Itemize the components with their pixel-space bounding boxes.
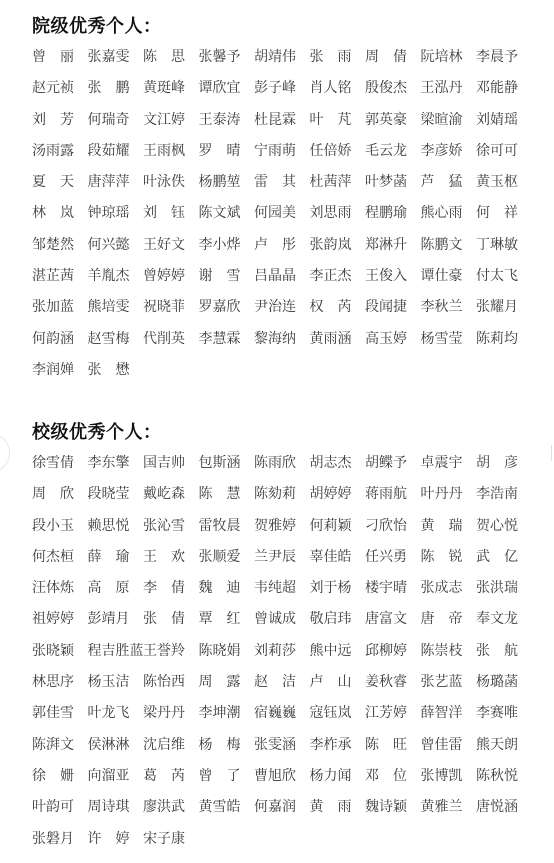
person-name: 任兴勇	[365, 542, 421, 573]
person-name: 熊中远	[310, 636, 366, 667]
person-name: 李小烨	[199, 230, 255, 261]
person-name: 王俊入	[365, 261, 421, 292]
person-name: 张倩	[143, 604, 199, 635]
person-name: 武亿	[476, 542, 532, 573]
person-name: 杨梅	[199, 730, 255, 761]
person-name: 刘于杨	[310, 573, 366, 604]
person-name: 彭靖月	[88, 604, 144, 635]
person-name: 周诗琪	[88, 792, 144, 823]
person-name: 楼宇晴	[365, 573, 421, 604]
person-name: 卓震宇	[421, 448, 477, 479]
person-name: 黄珽峰	[143, 73, 199, 104]
person-name: 林思序	[32, 667, 88, 698]
person-name: 熊天朗	[476, 730, 532, 761]
person-name: 张晓颖	[32, 636, 88, 667]
person-name: 李慧霖	[199, 324, 255, 355]
person-name: 陈雨欣	[254, 448, 310, 479]
person-name: 徐雪倩	[32, 448, 88, 479]
person-name: 黄雨涵	[310, 324, 366, 355]
person-name: 寇钰岚	[310, 698, 366, 729]
person-name: 宁雨萌	[254, 136, 310, 167]
person-name: 王泰涛	[199, 105, 255, 136]
person-name: 刘莉莎	[254, 636, 310, 667]
person-name: 羊胤杰	[88, 261, 144, 292]
person-name: 张沁雪	[143, 511, 199, 542]
person-name: 芦猛	[421, 167, 477, 198]
person-name: 王泓丹	[421, 73, 477, 104]
person-name: 陈秋悦	[476, 761, 532, 792]
person-name: 刁欣怡	[365, 511, 421, 542]
person-name: 曾了	[199, 761, 255, 792]
person-name: 殷俊杰	[365, 73, 421, 104]
person-name: 文江婷	[143, 105, 199, 136]
person-name: 胡靖伟	[254, 42, 310, 73]
person-name: 任倍娇	[310, 136, 366, 167]
person-name: 贺心悦	[476, 511, 532, 542]
person-name: 钟琼瑶	[88, 198, 144, 229]
person-name: 陈怡西	[143, 667, 199, 698]
section-school-level: 校级优秀个人： 徐雪倩李东擎国吉帅包斯涵陈雨欣胡志杰胡鲽予卓震宇胡彦周欣段晓莹戴…	[32, 420, 532, 855]
person-name: 黄雨	[310, 792, 366, 823]
person-name: 陈锐	[421, 542, 477, 573]
person-name: 曾佳雷	[421, 730, 477, 761]
person-name: 张雯涵	[254, 730, 310, 761]
divider	[551, 445, 552, 461]
person-name: 程鹏瑜	[365, 198, 421, 229]
person-name: 黎海纳	[254, 324, 310, 355]
person-name: 杨雪莹	[421, 324, 477, 355]
person-name: 梁丹丹	[143, 698, 199, 729]
person-name: 叶芃	[310, 105, 366, 136]
person-name: 叶泳佚	[143, 167, 199, 198]
person-name: 李东擎	[88, 448, 144, 479]
person-name: 向溜亚	[88, 761, 144, 792]
person-name: 敬启玮	[310, 604, 366, 635]
person-name: 段晓莹	[88, 479, 144, 510]
person-name: 尹治连	[254, 292, 310, 323]
person-name: 雷牧晨	[199, 511, 255, 542]
person-name: 杜茜萍	[310, 167, 366, 198]
person-name: 毛云龙	[365, 136, 421, 167]
person-name: 权芮	[310, 292, 366, 323]
person-name: 谢雪	[199, 261, 255, 292]
person-name: 李柞承	[310, 730, 366, 761]
person-name: 周欣	[32, 479, 88, 510]
person-name: 杨鹏堃	[199, 167, 255, 198]
person-name: 黄雪皓	[199, 792, 255, 823]
person-name: 薛瑜	[88, 542, 144, 573]
person-name: 李浩南	[476, 479, 532, 510]
person-name: 李正杰	[310, 261, 366, 292]
person-name: 沈启维	[143, 730, 199, 761]
person-name: 兰尹辰	[254, 542, 310, 573]
person-name: 李润婵	[32, 355, 88, 386]
person-name: 郭佳雪	[32, 698, 88, 729]
person-name: 陈旺	[365, 730, 421, 761]
person-name: 张艺蓝	[421, 667, 477, 698]
person-name: 代削英	[143, 324, 199, 355]
person-name: 何嘉润	[254, 792, 310, 823]
person-name: 廖洪武	[143, 792, 199, 823]
person-name: 杨玉洁	[88, 667, 144, 698]
person-name: 祖婷婷	[32, 604, 88, 635]
person-name: 曾诚成	[254, 604, 310, 635]
person-name: 李秋兰	[421, 292, 477, 323]
person-name: 汪体炼	[32, 573, 88, 604]
person-name: 张成志	[421, 573, 477, 604]
name-list: 曾丽张嘉雯陈思张馨予胡靖伟张雨周倩阮培林李晨予赵元祯张鹏黄珽峰谭欣宜彭子峰肖人铭…	[32, 42, 532, 386]
person-name: 高原	[88, 573, 144, 604]
person-name: 叶丹丹	[421, 479, 477, 510]
person-name: 王雨枫	[143, 136, 199, 167]
person-name: 付太飞	[476, 261, 532, 292]
person-name: 肖人铭	[310, 73, 366, 104]
person-name: 黄雅兰	[421, 792, 477, 823]
person-name: 夏天	[32, 167, 88, 198]
person-name: 姜秋睿	[365, 667, 421, 698]
person-name: 熊心雨	[421, 198, 477, 229]
person-name: 黄瑞	[421, 511, 477, 542]
person-name: 郭英豪	[365, 105, 421, 136]
person-name: 徐姗	[32, 761, 88, 792]
person-name: 曾婷婷	[143, 261, 199, 292]
person-name: 高玉婷	[365, 324, 421, 355]
person-name: 许婷	[88, 824, 144, 855]
person-name: 李晨予	[476, 42, 532, 73]
section-title: 校级优秀个人：	[32, 420, 532, 446]
person-name: 张韵岚	[310, 230, 366, 261]
person-name: 雷其	[254, 167, 310, 198]
person-name: 韦纯超	[254, 573, 310, 604]
person-name: 赵雪梅	[88, 324, 144, 355]
person-name: 国吉帅	[143, 448, 199, 479]
person-name: 辜佳皓	[310, 542, 366, 573]
person-name: 何杰桓	[32, 542, 88, 573]
person-name: 李赛唯	[476, 698, 532, 729]
person-name: 熊培雯	[88, 292, 144, 323]
person-name: 罗嘉欣	[199, 292, 255, 323]
person-name: 张航	[476, 636, 532, 667]
person-name: 邓能静	[476, 73, 532, 104]
person-name: 胡鲽予	[365, 448, 421, 479]
person-name: 谭欣宜	[199, 73, 255, 104]
person-name: 张加蓝	[32, 292, 88, 323]
person-name: 刘思雨	[310, 198, 366, 229]
person-name: 李倩	[143, 573, 199, 604]
person-name: 邹楚然	[32, 230, 88, 261]
person-name: 陈鹏文	[421, 230, 477, 261]
person-name: 宿巍巍	[254, 698, 310, 729]
person-name: 陈思	[143, 42, 199, 73]
person-name: 张懋	[88, 355, 144, 386]
person-name: 丁琳敏	[476, 230, 532, 261]
person-name: 包斯涵	[199, 448, 255, 479]
person-name: 葛芮	[143, 761, 199, 792]
person-name: 段茹耀	[88, 136, 144, 167]
person-name: 周倩	[365, 42, 421, 73]
person-name: 唐萍萍	[88, 167, 144, 198]
person-name: 李坤潮	[199, 698, 255, 729]
person-name: 汤雨露	[32, 136, 88, 167]
person-name: 江芳婷	[365, 698, 421, 729]
person-name: 唐帝	[421, 604, 477, 635]
person-name: 张磐月	[32, 824, 88, 855]
section-title: 院级优秀个人：	[32, 14, 532, 40]
person-name: 黄玉枢	[476, 167, 532, 198]
person-name: 叶龙飞	[88, 698, 144, 729]
person-name: 胡志杰	[310, 448, 366, 479]
person-name: 阮培林	[421, 42, 477, 73]
person-name: 魏诗颖	[365, 792, 421, 823]
person-name: 陈慧	[199, 479, 255, 510]
person-name: 赵洁	[254, 667, 310, 698]
person-name: 杨力闻	[310, 761, 366, 792]
person-name: 奉文龙	[476, 604, 532, 635]
person-name: 何兴懿	[88, 230, 144, 261]
person-name: 张耀月	[476, 292, 532, 323]
person-name: 湛芷茜	[32, 261, 88, 292]
person-name: 张顺爱	[199, 542, 255, 573]
person-name: 陈晓娟	[199, 636, 255, 667]
person-name: 戴屹森	[143, 479, 199, 510]
person-name: 薛智洋	[421, 698, 477, 729]
person-name: 陈崇枝	[421, 636, 477, 667]
person-name: 陈莉均	[476, 324, 532, 355]
person-name: 何园美	[254, 198, 310, 229]
person-name: 陈湃文	[32, 730, 88, 761]
person-name: 何祥	[476, 198, 532, 229]
person-name: 宋子康	[143, 824, 199, 855]
person-name: 祝晓菲	[143, 292, 199, 323]
person-name: 胡彦	[476, 448, 532, 479]
person-name: 王誉羚	[143, 636, 199, 667]
person-name: 张博凯	[421, 761, 477, 792]
person-name: 徐可可	[476, 136, 532, 167]
person-name: 周露	[199, 667, 255, 698]
person-name: 卢彤	[254, 230, 310, 261]
person-name: 王好文	[143, 230, 199, 261]
person-name: 唐富文	[365, 604, 421, 635]
person-name: 谭仕豪	[421, 261, 477, 292]
person-name: 邓位	[365, 761, 421, 792]
person-name: 赵元祯	[32, 73, 88, 104]
person-name: 曾丽	[32, 42, 88, 73]
person-name: 叶梦菡	[365, 167, 421, 198]
person-name: 叶韵可	[32, 792, 88, 823]
person-name: 张嘉雯	[88, 42, 144, 73]
person-name: 赖思悦	[88, 511, 144, 542]
person-name: 刘芳	[32, 105, 88, 136]
person-name: 邱柳婷	[365, 636, 421, 667]
person-name: 何莉颖	[310, 511, 366, 542]
person-name: 卢山	[310, 667, 366, 698]
person-name: 吕晶晶	[254, 261, 310, 292]
person-name: 何韵涵	[32, 324, 88, 355]
person-name: 唐悦涵	[476, 792, 532, 823]
person-name: 贺雅婷	[254, 511, 310, 542]
person-name: 侯淋淋	[88, 730, 144, 761]
person-name: 陈劾莉	[254, 479, 310, 510]
name-list: 徐雪倩李东擎国吉帅包斯涵陈雨欣胡志杰胡鲽予卓震宇胡彦周欣段晓莹戴屹森陈慧陈劾莉胡…	[32, 448, 532, 855]
person-name: 魏迪	[199, 573, 255, 604]
scroll-prev-button[interactable]	[0, 433, 10, 473]
person-name: 张洪瑞	[476, 573, 532, 604]
person-name: 杜昆霖	[254, 105, 310, 136]
person-name: 郑淋升	[365, 230, 421, 261]
person-name: 张鹏	[88, 73, 144, 104]
person-name: 覃红	[199, 604, 255, 635]
person-name: 蒋雨航	[365, 479, 421, 510]
person-name: 刘婧瑶	[476, 105, 532, 136]
person-name: 陈文斌	[199, 198, 255, 229]
person-name: 段小玉	[32, 511, 88, 542]
person-name: 彭子峰	[254, 73, 310, 104]
person-name: 杨璐菡	[476, 667, 532, 698]
person-name: 刘钰	[143, 198, 199, 229]
person-name: 段闻捷	[365, 292, 421, 323]
person-name: 张雨	[310, 42, 366, 73]
person-name: 罗晴	[199, 136, 255, 167]
person-name: 王欢	[143, 542, 199, 573]
person-name: 李彦娇	[421, 136, 477, 167]
person-name: 何瑞奇	[88, 105, 144, 136]
section-college-level: 院级优秀个人： 曾丽张嘉雯陈思张馨予胡靖伟张雨周倩阮培林李晨予赵元祯张鹏黄珽峰谭…	[32, 14, 532, 386]
person-name: 张馨予	[199, 42, 255, 73]
person-name: 胡婷婷	[310, 479, 366, 510]
person-name: 程吉胜蓝	[88, 636, 144, 667]
person-name: 林岚	[32, 198, 88, 229]
person-name: 梁暄渝	[421, 105, 477, 136]
person-name: 曹旭欣	[254, 761, 310, 792]
